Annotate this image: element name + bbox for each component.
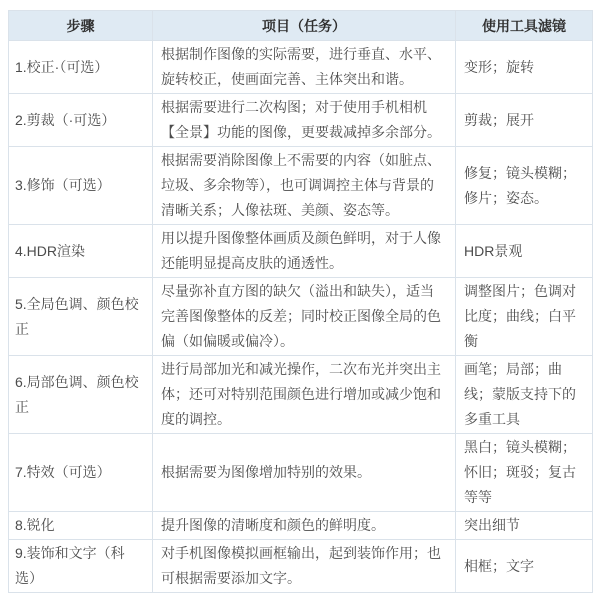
task-cell: 进行局部加光和减光操作，二次布光并突出主体；还可对特别范围颜色进行增加或减少饱和… — [153, 356, 456, 434]
task-cell: 尽量弥补直方图的缺欠（溢出和缺失），适当完善图像整体的反差；同时校正图像全局的色… — [153, 278, 456, 356]
table-row: 7.特效（可选） 根据需要为图像增加特别的效果。 黑白；镜头模糊；怀旧；斑驳；复… — [9, 434, 593, 512]
step-cell: 3.修饰（可选） — [9, 147, 153, 225]
table-row: 2.剪裁（·可选） 根据需要进行二次构图；对于使用手机相机【全景】功能的图像，更… — [9, 94, 593, 147]
tools-cell: 修复；镜头模糊；修片；姿态。 — [456, 147, 593, 225]
step-cell: 1.校正·（可选） — [9, 41, 153, 94]
task-cell: 提升图像的清晰度和颜色的鲜明度。 — [153, 512, 456, 540]
task-cell: 根据需要消除图像上不需要的内容（如脏点、垃圾、多余物等），也可调调控主体与背景的… — [153, 147, 456, 225]
task-cell: 根据需要为图像增加特别的效果。 — [153, 434, 456, 512]
step-cell: 5.全局色调、颜色校正 — [9, 278, 153, 356]
table-row: 1.校正·（可选） 根据制作图像的实际需要，进行垂直、水平、旋转校正，使画面完善… — [9, 41, 593, 94]
tools-cell: 相框；文字 — [456, 540, 593, 548]
tools-cell: 黑白；镜头模糊；怀旧；斑驳；复古等等 — [456, 434, 593, 512]
step-cell: 7.特效（可选） — [9, 434, 153, 512]
step-cell: 8.锐化 — [9, 512, 153, 540]
column-header-step: 步骤 — [9, 11, 153, 41]
table-row: 8.锐化 提升图像的清晰度和颜色的鲜明度。 突出细节 — [9, 512, 593, 540]
table-row: 5.全局色调、颜色校正 尽量弥补直方图的缺欠（溢出和缺失），适当完善图像整体的反… — [9, 278, 593, 356]
table-header-row: 步骤 项目（任务） 使用工具滤镜 — [9, 11, 593, 41]
table-row: 9.装饰和文字（科选） 对手机图像模拟画框输出，起到装饰作用；也可根据需要添加文… — [9, 540, 593, 548]
table-body: 1.校正·（可选） 根据制作图像的实际需要，进行垂直、水平、旋转校正，使画面完善… — [9, 41, 593, 548]
table-row: 6.局部色调、颜色校正 进行局部加光和减光操作，二次布光并突出主体；还可对特别范… — [9, 356, 593, 434]
step-cell: 2.剪裁（·可选） — [9, 94, 153, 147]
tools-cell: 变形；旋转 — [456, 41, 593, 94]
task-cell: 用以提升图像整体画质及颜色鲜明，对于人像还能明显提高皮肤的通透性。 — [153, 225, 456, 278]
column-header-tools: 使用工具滤镜 — [456, 11, 593, 41]
step-cell: 4.HDR渲染 — [9, 225, 153, 278]
tools-cell: 画笔；局部；曲线；蒙版支持下的多重工具 — [456, 356, 593, 434]
table-row: 4.HDR渲染 用以提升图像整体画质及颜色鲜明，对于人像还能明显提高皮肤的通透性… — [9, 225, 593, 278]
table-row: 3.修饰（可选） 根据需要消除图像上不需要的内容（如脏点、垃圾、多余物等），也可… — [9, 147, 593, 225]
step-cell: 9.装饰和文字（科选） — [9, 540, 153, 548]
column-header-task: 项目（任务） — [153, 11, 456, 41]
tools-cell: 剪裁；展开 — [456, 94, 593, 147]
photo-editing-steps-table: 步骤 项目（任务） 使用工具滤镜 1.校正·（可选） 根据制作图像的实际需要，进… — [8, 10, 593, 547]
task-cell: 对手机图像模拟画框输出，起到装饰作用；也可根据需要添加文字。 — [153, 540, 456, 548]
photo-editing-steps-table-container: 步骤 项目（任务） 使用工具滤镜 1.校正·（可选） 根据制作图像的实际需要，进… — [8, 10, 592, 547]
task-cell: 根据制作图像的实际需要，进行垂直、水平、旋转校正，使画面完善、主体突出和谐。 — [153, 41, 456, 94]
tools-cell: HDR景观 — [456, 225, 593, 278]
task-cell: 根据需要进行二次构图；对于使用手机相机【全景】功能的图像，更要裁减掉多余部分。 — [153, 94, 456, 147]
tools-cell: 突出细节 — [456, 512, 593, 540]
tools-cell: 调整图片；色调对比度；曲线；白平衡 — [456, 278, 593, 356]
step-cell: 6.局部色调、颜色校正 — [9, 356, 153, 434]
